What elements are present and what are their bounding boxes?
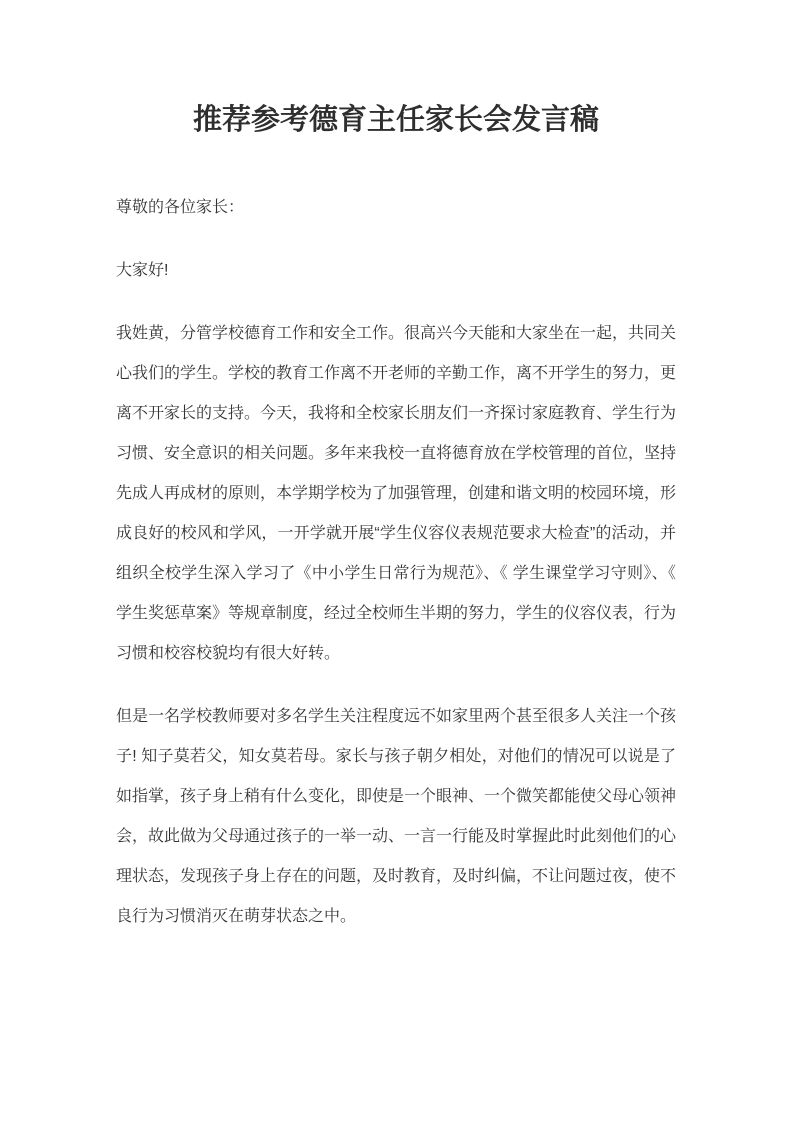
greeting-line: 大家好! bbox=[116, 251, 676, 291]
body-paragraph-1: 我姓黄，分管学校德育工作和安全工作。很高兴今天能和大家坐在一起，共同关心我们的学… bbox=[116, 314, 676, 674]
body-paragraph-2: 但是一名学校教师要对多名学生关注程度远不如家里两个甚至很多人关注一个孩子! 知子… bbox=[116, 697, 676, 937]
salutation-line: 尊敬的各位家长： bbox=[116, 188, 676, 228]
document-page: 推荐参考德育主任家长会发言稿 尊敬的各位家长： 大家好! 我姓黄，分管学校德育工… bbox=[0, 0, 793, 1122]
document-title: 推荐参考德育主任家长会发言稿 bbox=[116, 98, 676, 142]
